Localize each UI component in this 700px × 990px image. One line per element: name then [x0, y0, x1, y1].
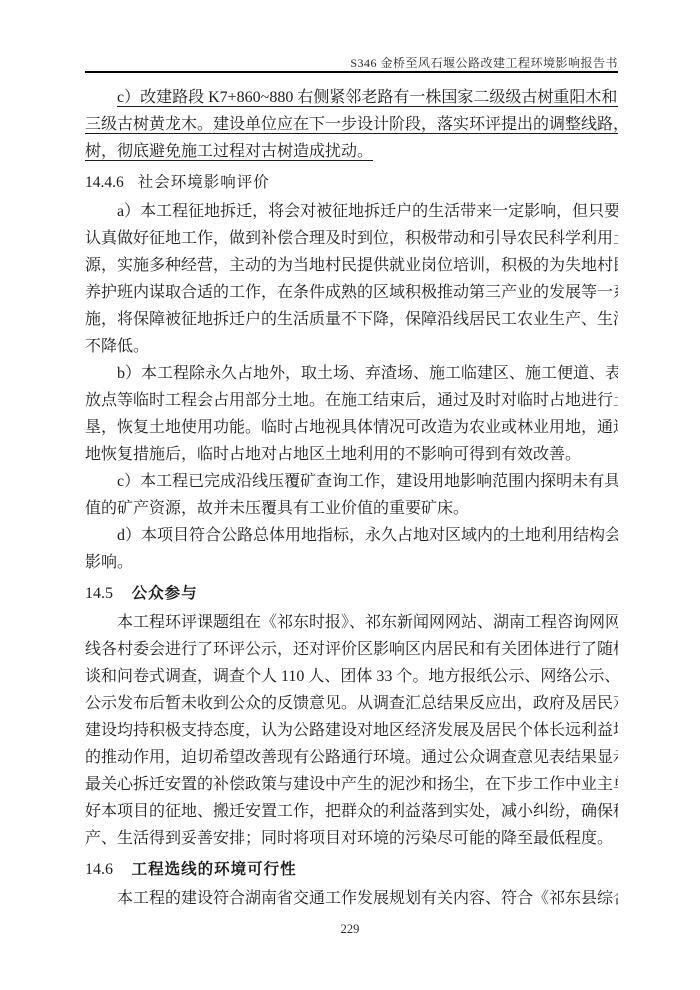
- text-line: 本工程的建设符合湖南省交通工作发展规划有关内容、符合《祁东县综合运输体: [85, 885, 618, 912]
- text-line: 影响。: [85, 549, 618, 576]
- section-heading-14-5: 14.5公众参与: [85, 580, 618, 607]
- section-heading-14-4-6: 14.4.6社会环境影响评价: [85, 169, 618, 196]
- running-header-title: S346 金桥至风石堰公路改建工程环境影响报告书: [85, 54, 618, 71]
- page-number: 229: [0, 922, 700, 937]
- text-line: c）改建路段 K7+860~880 右侧紧邻老路有一株国家二级级古树重阳木和一株…: [85, 84, 618, 111]
- document-body: c）改建路段 K7+860~880 右侧紧邻老路有一株国家二级级古树重阳木和一株…: [85, 84, 618, 912]
- text-line: b）本工程除永久占地外，取土场、弃渣场、施工临建区、施工便道、表土临时堆: [85, 360, 618, 387]
- text-line: 值的矿产资源，故并未压覆具有工业价值的重要矿床。: [85, 495, 618, 522]
- text-line: 最关心拆迁安置的补偿政策与建设中产生的泥沙和扬尘，在下步工作中业主单位需做: [85, 771, 618, 798]
- text-line: 三级古树黄龙木。建设单位应在下一步设计阶段，落实环评提出的调整线路，避让古: [85, 111, 618, 138]
- section-heading-14-6: 14.6工程选线的环境可行性: [85, 856, 618, 883]
- section-number: 14.6: [85, 861, 113, 878]
- text-line: 垦，恢复土地使用功能。临时占地视具体情况可改造为农业或林业用地，通过施工迹: [85, 414, 618, 441]
- para-route-feasibility: 本工程的建设符合湖南省交通工作发展规划有关内容、符合《祁东县综合运输体: [85, 885, 618, 912]
- section-number: 14.4.6: [85, 174, 124, 191]
- text-line: 养护班内谋取合适的工作，在条件成熟的区域积极推动第三产业的发展等一系列措: [85, 279, 618, 306]
- text-line: 源，实施多种经营，主动的为当地村民提供就业岗位培训，积极的为失地村民在公路: [85, 252, 618, 279]
- para-mineral-resources: c）本工程已完成沿线压覆矿查询工作，建设用地影响范围内探明未有具有工业价 值的矿…: [85, 468, 618, 522]
- text-line: 产、生活得到妥善安排；同时将项目对环境的污染尽可能的降至最低程度。: [85, 825, 618, 852]
- text-line: 放点等临时工程会占用部分土地。在施工结束后，通过及时对临时占地进行土地复: [85, 387, 618, 414]
- text-line: 谈和问卷式调查，调查个人 110 人、团体 33 个。地方报纸公示、网络公示、现…: [85, 663, 618, 690]
- section-title: 公众参与: [132, 585, 198, 602]
- text-line: 的推动作用，迫切希望改善现有公路通行环境。通过公众调查意见表结果显示，群众: [85, 744, 618, 771]
- section-number: 14.5: [85, 585, 113, 602]
- text-line: d）本项目符合公路总体用地指标，永久占地对区域内的土地利用结构会有一定的: [85, 522, 618, 549]
- para-land-use-index: d）本项目符合公路总体用地指标，永久占地对区域内的土地利用结构会有一定的 影响。: [85, 522, 618, 576]
- text-line: 树，彻底避免施工过程对古树造成扰动。: [85, 138, 618, 165]
- text-line: 地恢复措施后，临时占地对占地区土地利用的不影响可得到有效改善。: [85, 441, 618, 468]
- text-line: 公示发布后暂未收到公众的反馈意见。从调查汇总结果反应出，政府及居民对公路的: [85, 690, 618, 717]
- para-public-participation: 本工程环评课题组在《祁东时报》、祁东新闻网网站、湖南工程咨询网网站、沿 线各村委…: [85, 609, 618, 852]
- text-line: 认真做好征地工作，做到补偿合理及时到位，积极带动和引导农民科学利用土地资: [85, 225, 618, 252]
- text-line: 施，将保障被征地拆迁户的生活质量不下降，保障沿线居民工农业生产、生活水平的: [85, 306, 618, 333]
- header-rule: [85, 71, 618, 73]
- section-title: 工程选线的环境可行性: [132, 861, 297, 878]
- document-page: S346 金桥至风石堰公路改建工程环境影响报告书 c）改建路段 K7+860~8…: [0, 0, 700, 990]
- text-line: c）本工程已完成沿线压覆矿查询工作，建设用地影响范围内探明未有具有工业价: [85, 468, 618, 495]
- text-line: 本工程环评课题组在《祁东时报》、祁东新闻网网站、湖南工程咨询网网站、沿: [85, 609, 618, 636]
- para-land-acquisition: a）本工程征地拆迁，将会对被征地拆迁户的生活带来一定影响，但只要建设单位 认真做…: [85, 198, 618, 360]
- text-line: 建设均持积极支持态度，认为公路建设对地区经济发展及居民个体长远利益均有积极: [85, 717, 618, 744]
- text-line: a）本工程征地拆迁，将会对被征地拆迁户的生活带来一定影响，但只要建设单位: [85, 198, 618, 225]
- text-line: 线各村委会进行了环评公示，还对评价区影响区内居民和有关团体进行了随机咨询访: [85, 636, 618, 663]
- para-temporary-land: b）本工程除永久占地外，取土场、弃渣场、施工临建区、施工便道、表土临时堆 放点等…: [85, 360, 618, 468]
- text-line: 不降低。: [85, 333, 618, 360]
- text-line: 好本项目的征地、搬迁安置工作，把群众的利益落到实处，减小纠纷，确保移民生: [85, 798, 618, 825]
- para-ancient-trees: c）改建路段 K7+860~880 右侧紧邻老路有一株国家二级级古树重阳木和一株…: [85, 84, 618, 165]
- section-title: 社会环境影响评价: [138, 174, 270, 191]
